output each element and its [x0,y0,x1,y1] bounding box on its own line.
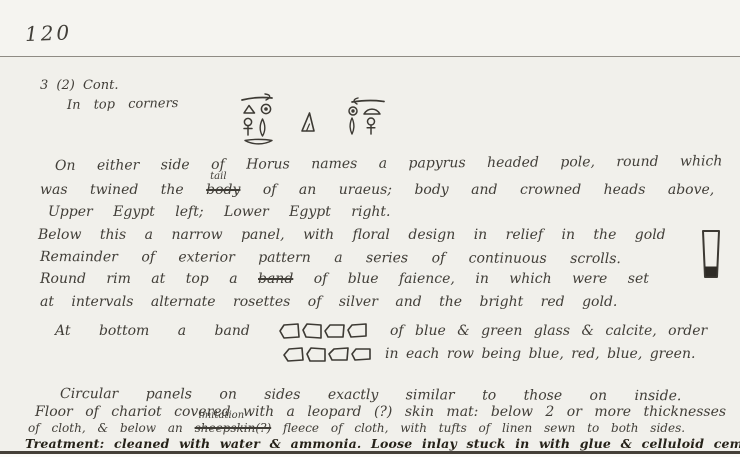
corners-caption: In top corners [67,96,179,113]
para1-line1: On either side of Horus names a papyrus … [55,153,722,174]
para1-line3: Upper Egypt left; Lower Egypt right. [48,204,391,220]
inserted-word: imitation [199,410,245,421]
top-rule-line [0,56,740,57]
page-number: 120 [25,20,73,46]
treatment-note: Treatment: cleaned with water & ammonia.… [25,436,740,451]
para2-line2: Remainder of exterior pattern a series o… [40,249,621,267]
struck-word: band [258,271,293,287]
text-segment: Round rim at top a [40,271,238,287]
para4-line3: of cloth, & below an imitation sheepskin… [28,421,685,435]
para4-line2: Floor of chariot covered with a leopard … [35,404,726,420]
text-segment: was twined the [40,182,184,198]
correction-band: band [258,271,293,287]
section-heading: 3 (2) Cont. [40,78,118,93]
para1-line2: was twined the tail body of an uraeus; b… [40,182,714,198]
para2-line3: Round rim at top a band of blue faience,… [40,271,649,287]
para2-line4: at intervals alternate rosettes of silve… [40,294,617,310]
para3-line1-pre: At bottom a band [55,323,250,339]
text-segment: of an uraeus; body and crowned heads abo… [263,182,714,198]
para3-line2-post: in each row being blue, red, blue, green… [385,346,695,362]
para4-line1: Circular panels on sides exactly similar… [60,386,681,404]
struck-word: sheepskin(?) [195,421,272,435]
para3-line1-post: of blue & green glass & calcite, order [390,323,707,339]
text-segment: of cloth, & below an [28,421,183,435]
scanned-notebook-page: 120 3 (2) Cont. In top corners On either… [0,0,740,457]
correction-sheepskin-to-imitation: imitation sheepskin(?) [195,421,272,435]
para2-line1: Below this a narrow panel, with floral d… [38,227,666,243]
text-segment: fleece of cloth, with tufts of linen sew… [283,421,685,435]
text-segment: of blue faience, in which were set [314,271,649,287]
panel-sketch [699,229,723,281]
inlay-tiles-row1-sketch [277,322,369,342]
page-top-margin [0,0,740,56]
hieroglyph-group-left-sketch [238,91,290,145]
struck-word: body [206,182,240,198]
inserted-word: tail [210,171,226,182]
correction-body-to-tail: tail body [206,182,240,198]
hieroglyph-group-right-sketch [344,96,390,136]
inlay-tiles-row2-sketch [282,345,374,365]
hieroglyph-triangle-sketch [298,110,318,134]
